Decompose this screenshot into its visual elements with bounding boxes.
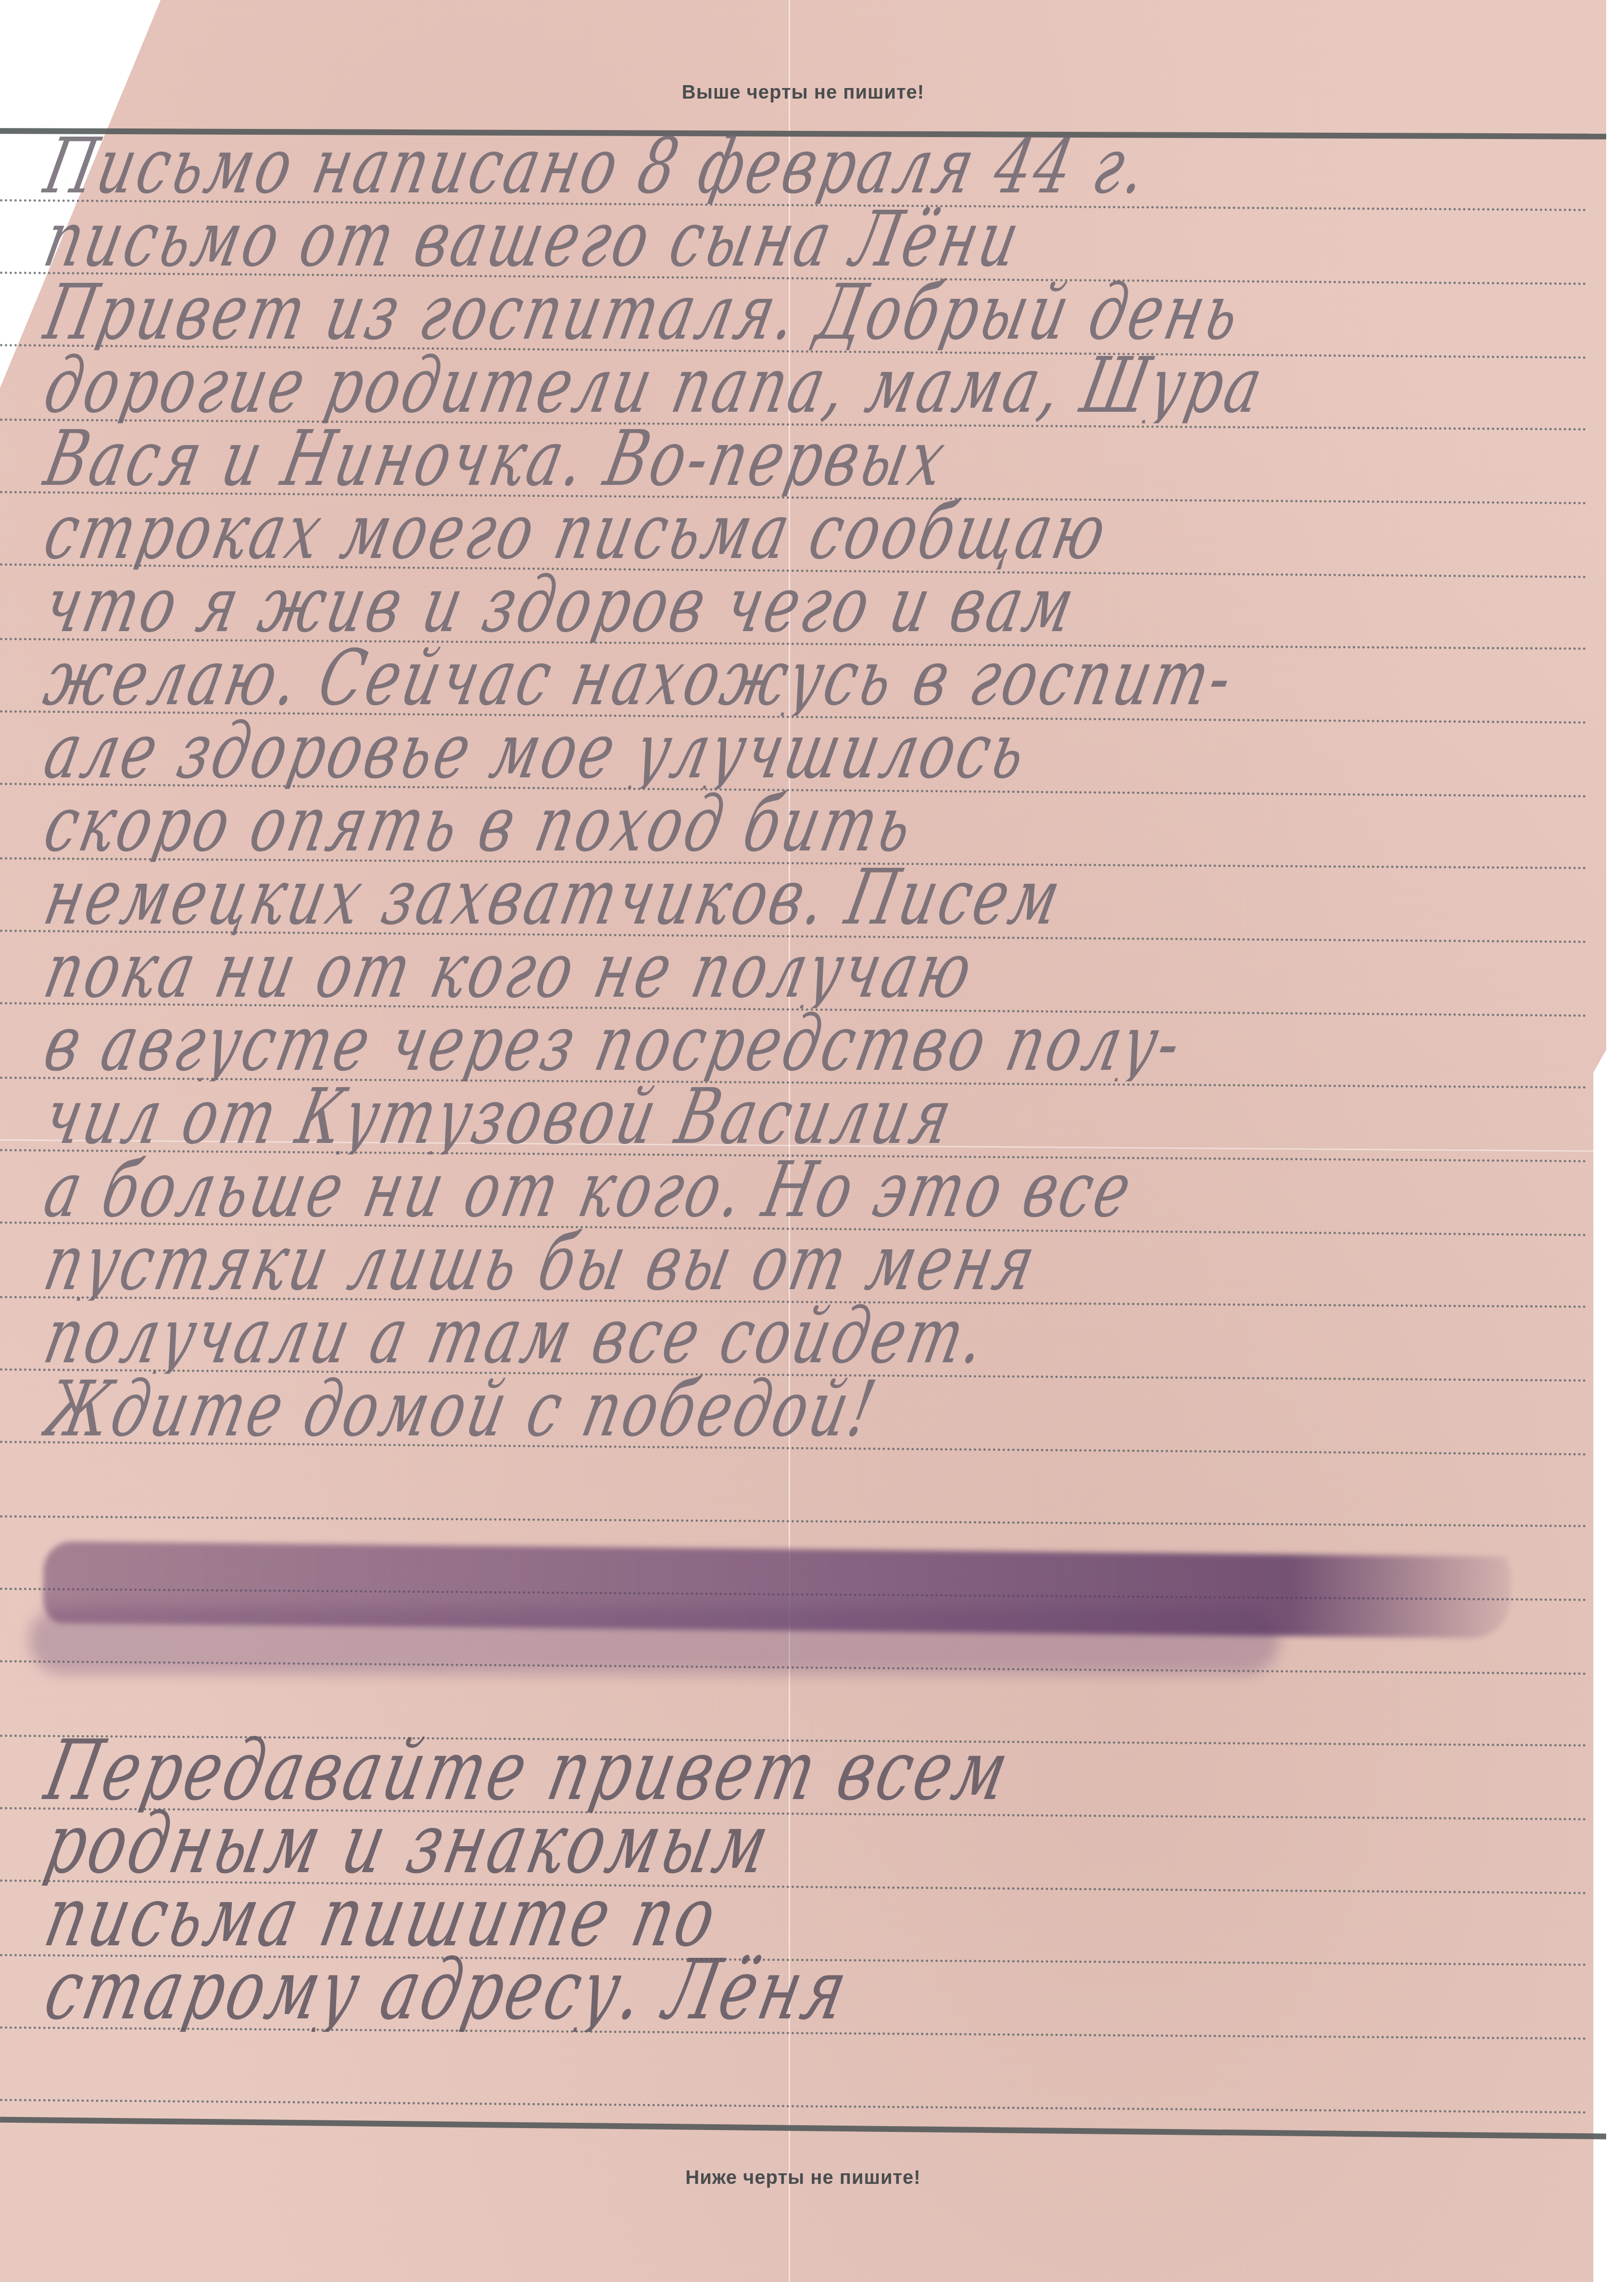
- ruled-line: [0, 2099, 1587, 2114]
- handwritten-line: чил от Кутузовой Василия: [38, 1078, 1594, 1154]
- handwritten-line: Ждите домой с победой!: [38, 1370, 1594, 1447]
- handwritten-line: дорогие родители папа, мама, Шура: [38, 347, 1594, 423]
- handwritten-line: письмо от вашего сына Лёни: [38, 201, 1594, 277]
- handwritten-line: Вася и Ниночка. Во-первых: [38, 420, 1594, 496]
- handwritten-line: немецких захватчиков. Писем: [38, 859, 1594, 935]
- postscript-line: письма пишите по: [38, 1876, 1595, 1959]
- handwritten-line: что я жив и здоров чего и вам: [38, 566, 1594, 643]
- handwritten-line: скоро опять в поход бить: [38, 786, 1594, 862]
- header-notice: Выше черты не пишите!: [0, 82, 1606, 103]
- handwritten-line: Привет из госпиталя. Добрый день: [38, 274, 1594, 350]
- footer-notice: Ниже черты не пишите!: [0, 2167, 1606, 2189]
- postscript-line: старому адресу. Лёня: [38, 1949, 1595, 2032]
- handwritten-line: в августе через посредство полу-: [38, 1005, 1594, 1081]
- handwritten-line: получали а там все сойдет.: [38, 1297, 1594, 1374]
- postscript-line: Передавайте привет всем: [38, 1729, 1595, 1813]
- handwritten-line: пустяки лишь бы вы от меня: [38, 1224, 1594, 1301]
- postscript-line: родным и знакомым: [38, 1802, 1595, 1886]
- censored-block: [43, 1541, 1511, 1638]
- letter-body: Письмо написано 8 февраля 44 г.письмо от…: [0, 137, 1601, 2123]
- handwritten-line: желаю. Сейчас нахожусь в госпит-: [38, 639, 1594, 716]
- handwritten-line: а больше ни от кого. Но это все: [38, 1151, 1594, 1228]
- handwritten-line: пока ни от кого не получаю: [38, 932, 1594, 1008]
- handwritten-line: строках моего письма сообщаю: [38, 493, 1594, 570]
- handwritten-line: Письмо написано 8 февраля 44 г.: [38, 127, 1594, 204]
- handwritten-line: але здоровье мое улучшилось: [38, 712, 1594, 789]
- ruled-line: [0, 1515, 1587, 1527]
